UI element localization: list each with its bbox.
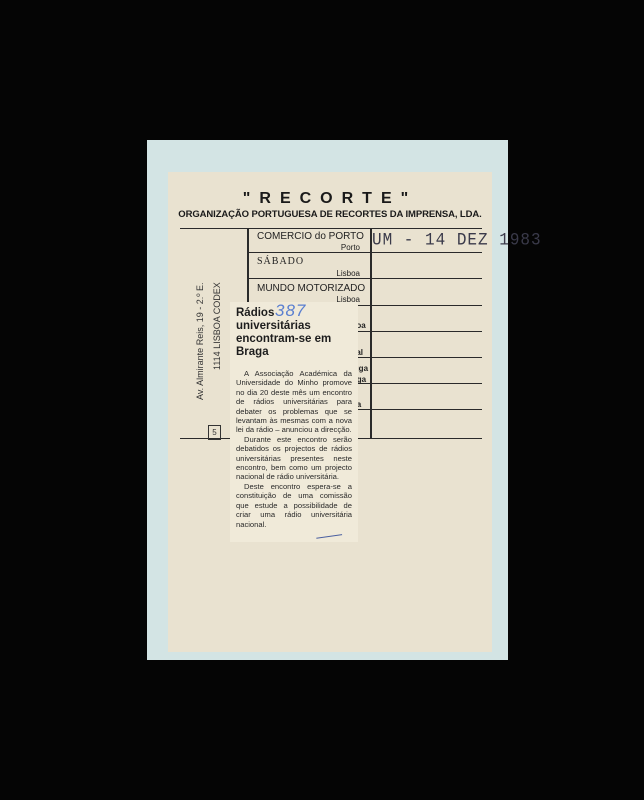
publication-name: SÁBADO [257, 256, 304, 267]
publication-name: MUNDO MOTORIZADO [257, 283, 365, 294]
form-subtitle: ORGANIZAÇÃO PORTUGUESA DE RECORTES DA IM… [168, 209, 492, 220]
address-line-1: Av. Almirante Reis, 19 - 2.º E. [195, 282, 205, 400]
form-title: "RECORTE" [168, 190, 492, 208]
handwritten-number: 387 [275, 301, 306, 321]
clipping-paragraph: Durante este encontro serão debatidos os… [236, 435, 352, 482]
publication-name: COMERCIO do PORTO [257, 231, 364, 242]
publication-city: Lisboa [260, 269, 360, 278]
clipping-paragraph: A Associação Académica da Universidade d… [236, 369, 352, 435]
publication-city: Porto [260, 243, 360, 252]
address-line-2: 1114 LISBOA CODEX [212, 282, 222, 370]
page-number: 5 [208, 425, 221, 440]
clipping-paragraph: Deste encontro espera-se a constituição … [236, 482, 352, 529]
date-stamp: UM - 14 DEZ 1983 [372, 230, 542, 250]
row-rule [345, 357, 482, 358]
row-rule [345, 331, 482, 332]
row-rule [345, 409, 482, 410]
row-rule [247, 278, 482, 279]
row-rule [247, 252, 482, 253]
header-rule [180, 228, 482, 229]
clipping-body: A Associação Académica da Universidade d… [236, 369, 352, 529]
column-divider-right [370, 228, 372, 438]
